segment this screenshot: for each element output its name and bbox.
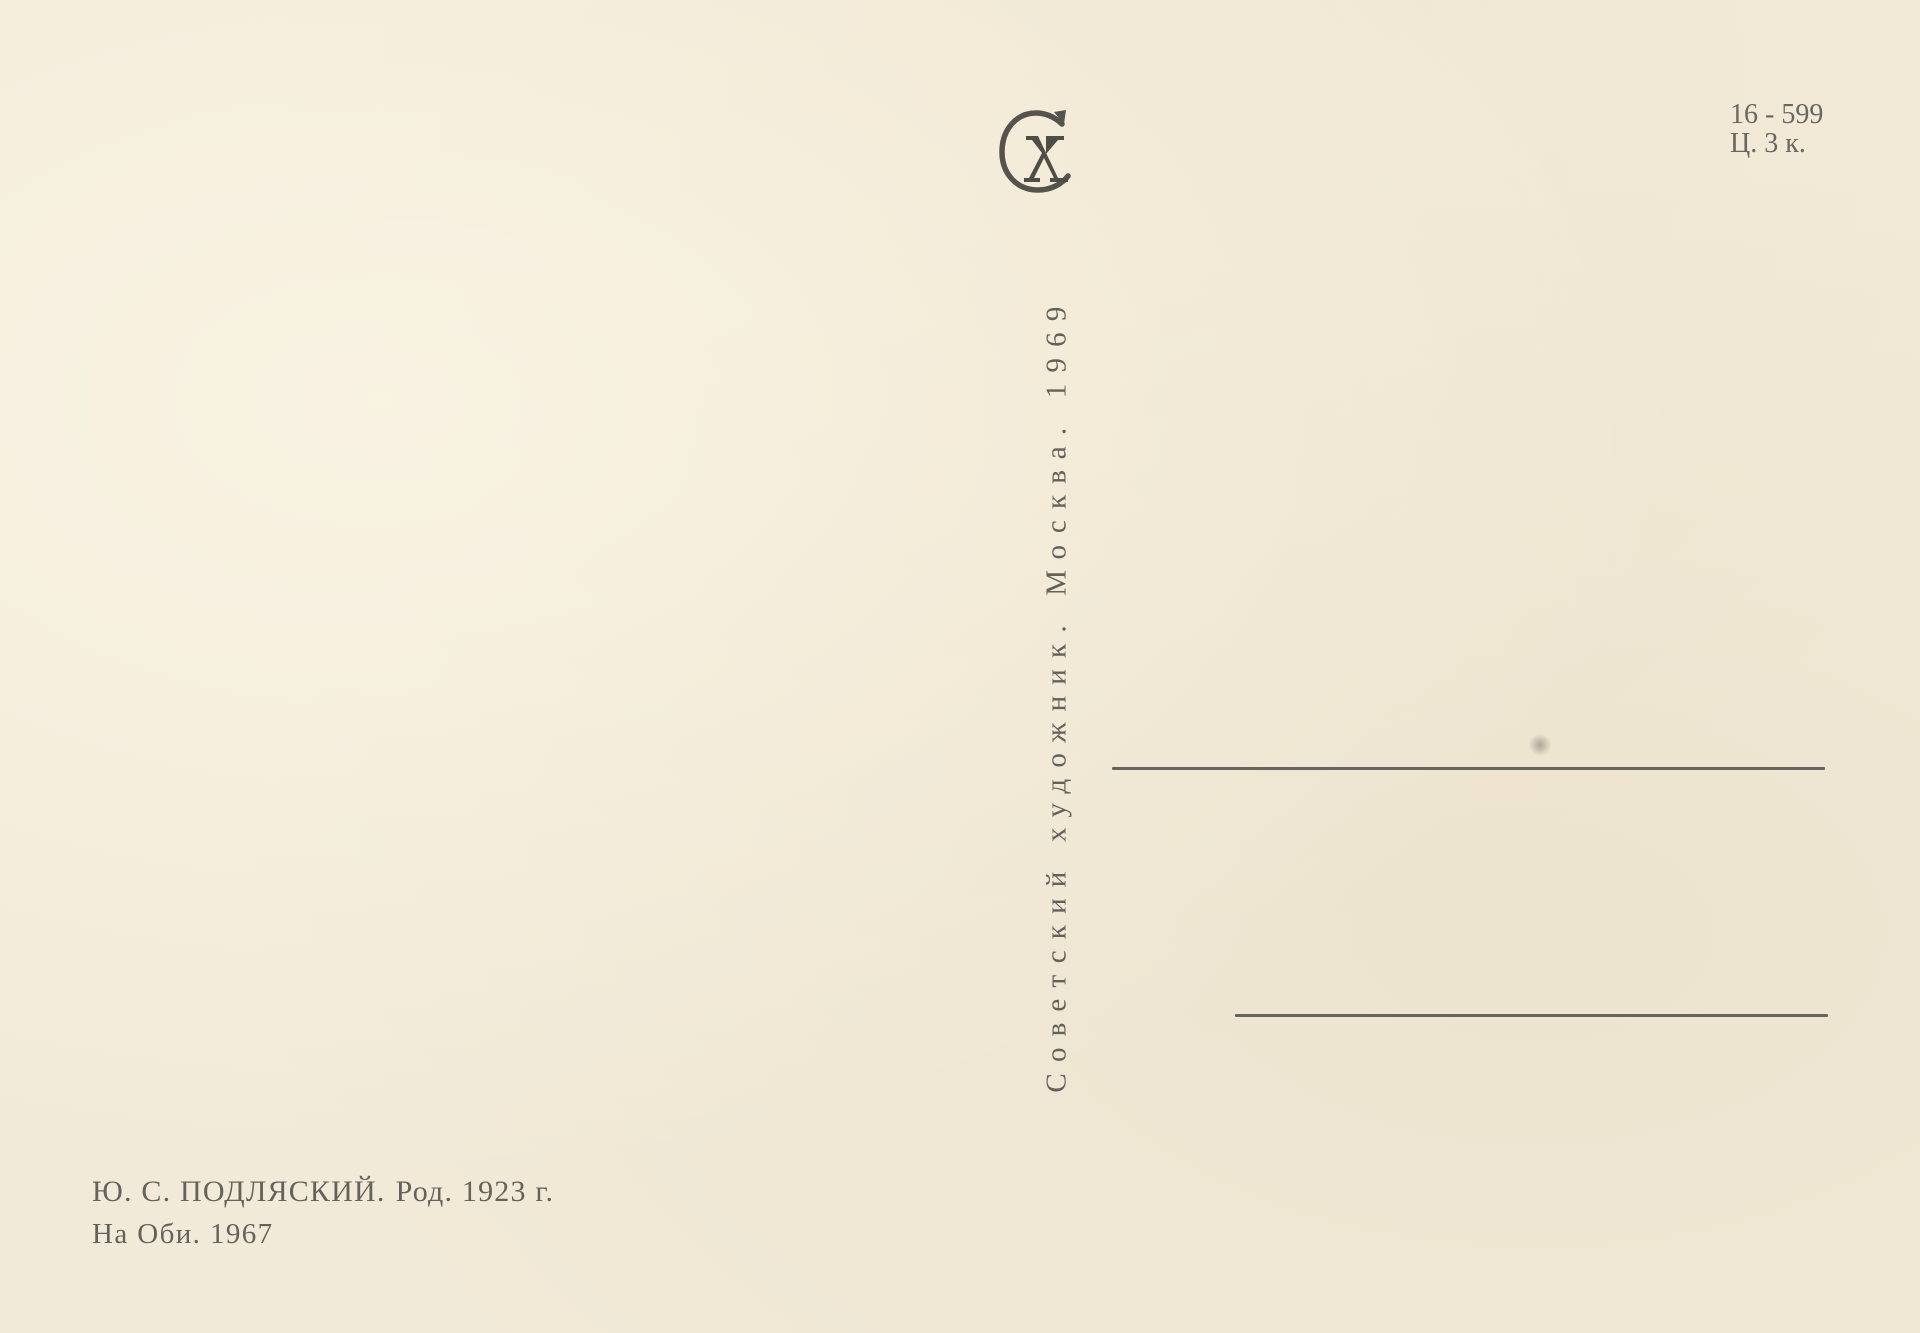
caption-author-line: Ю. С. ПОДЛЯСКИЙ.Род. 1923 г. bbox=[92, 1170, 554, 1214]
address-line-1 bbox=[1112, 767, 1825, 770]
postcard-back: 16 - 599 Ц. 3 к. Советский художник. Мос… bbox=[0, 0, 1920, 1333]
catalog-info: 16 - 599 Ц. 3 к. bbox=[1730, 100, 1823, 158]
catalog-number: 16 - 599 bbox=[1730, 100, 1823, 129]
paper-smudge bbox=[1528, 734, 1552, 756]
address-line-2 bbox=[1235, 1014, 1828, 1017]
artist-name: Ю. С. ПОДЛЯСКИЙ. bbox=[92, 1175, 386, 1208]
publisher-imprint: Советский художник. Москва. 1969 bbox=[1041, 295, 1074, 1092]
price: Ц. 3 к. bbox=[1730, 129, 1823, 158]
publisher-logo bbox=[996, 106, 1082, 198]
artist-birth: Род. 1923 г. bbox=[396, 1175, 555, 1208]
artwork-title: На Оби. 1967 bbox=[92, 1214, 554, 1254]
cx-logo-icon bbox=[996, 106, 1082, 198]
artwork-caption: Ю. С. ПОДЛЯСКИЙ.Род. 1923 г. На Оби. 196… bbox=[92, 1170, 554, 1254]
